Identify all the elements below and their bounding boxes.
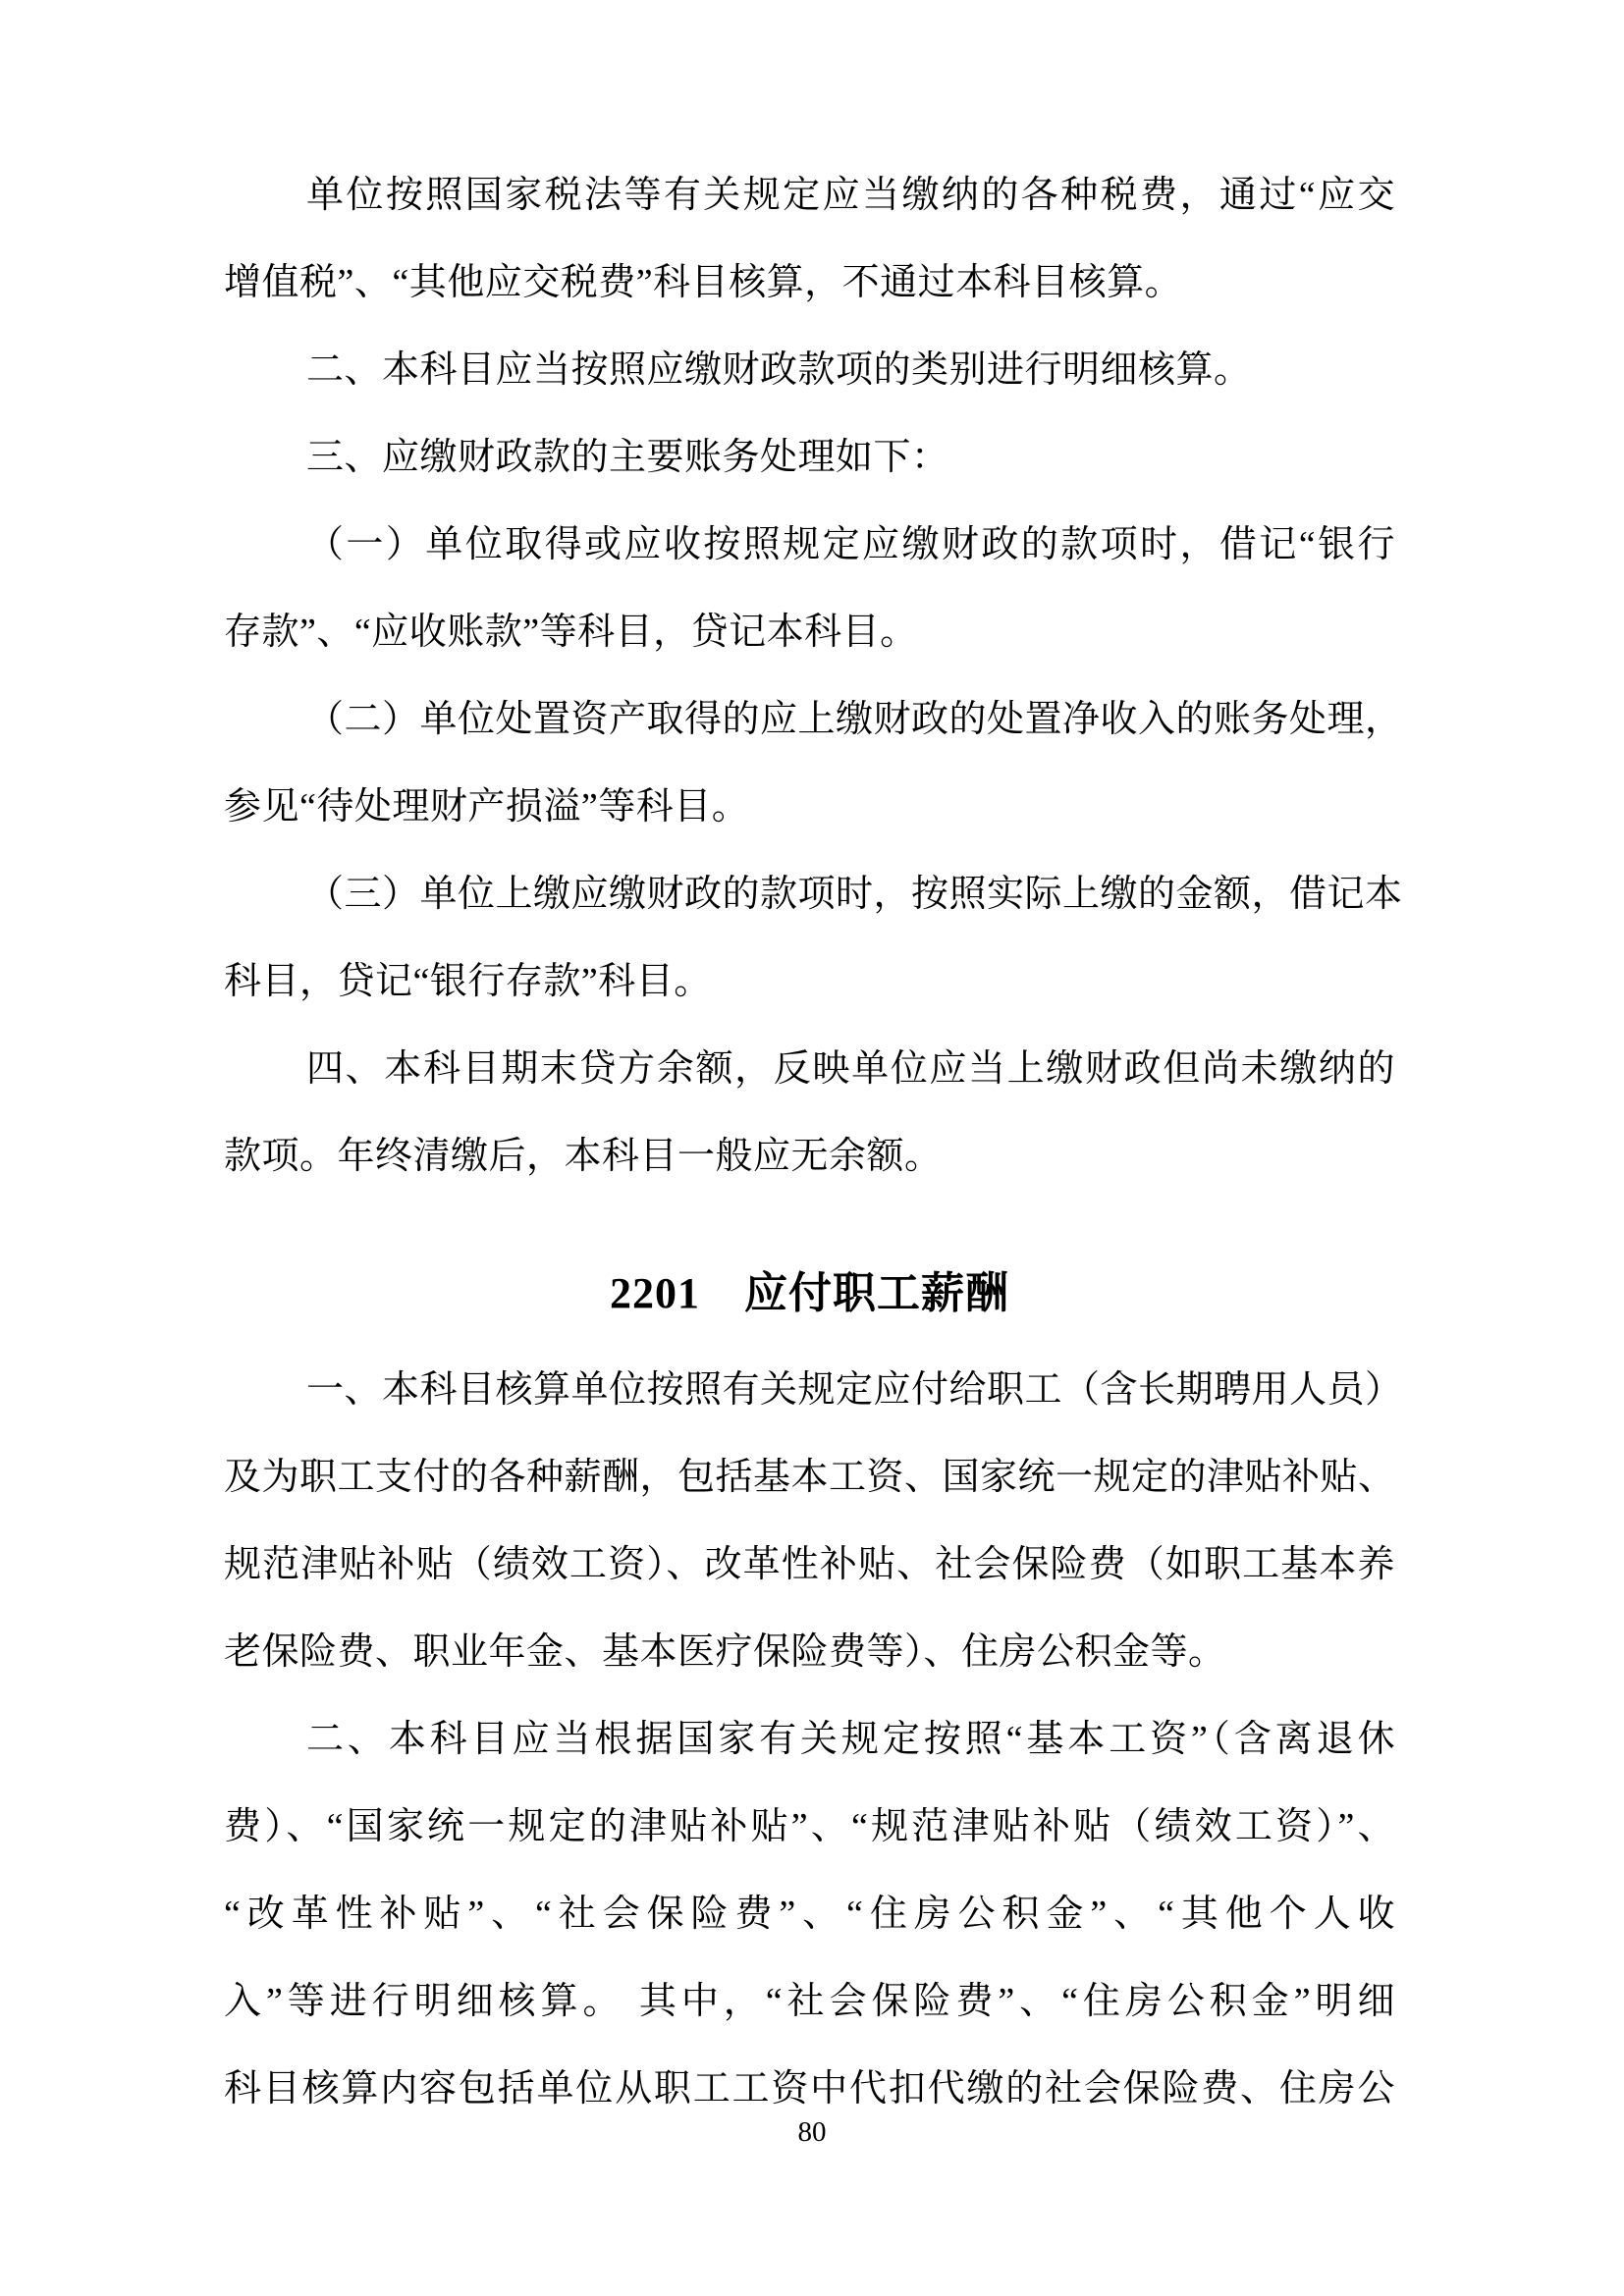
text-line: 一、本科目核算单位按照有关规定应付给职工（含长期聘用人员）: [224, 1347, 1395, 1434]
text-line: （三）单位上缴应缴财政的款项时，按照实际上缴的金额，借记本: [224, 851, 1395, 938]
text-line: 老保险费、职业年金、基本医疗保险费等）、住房公积金等。: [224, 1609, 1395, 1696]
document-page: 单位按照国家税法等有关规定应当缴纳的各种税费，通过“应交增值税”、“其他应交税费…: [0, 0, 1624, 2296]
text-line: 参见“待处理财产损溢”等科目。: [224, 764, 1395, 851]
section-heading: 2201 应付职工薪酬: [224, 1250, 1395, 1337]
text-line: （一）单位取得或应收按照规定应缴财政的款项时，借记“银行: [224, 502, 1395, 589]
text-line: 费）、“国家统一规定的津贴补贴”、“规范津贴补贴（绩效工资）”、: [224, 1784, 1395, 1871]
text-line: 规范津贴补贴（绩效工资）、改革性补贴、社会保险费（如职工基本养: [224, 1522, 1395, 1609]
text-line: 入”等进行明细核算。 其中，“社会保险费”、“住房公积金”明细: [224, 1958, 1395, 2046]
text-line: 三、应缴财政款的主要账务处理如下：: [224, 414, 1395, 502]
text-line: 单位按照国家税法等有关规定应当缴纳的各种税费，通过“应交: [224, 152, 1395, 240]
page-number: 80: [0, 2112, 1624, 2152]
document-content: 单位按照国家税法等有关规定应当缴纳的各种税费，通过“应交增值税”、“其他应交税费…: [224, 152, 1395, 2133]
text-line: 二、本科目应当按照应缴财政款项的类别进行明细核算。: [224, 327, 1395, 414]
text-line: 存款”、“应收账款”等科目，贷记本科目。: [224, 589, 1395, 676]
text-line: “改革性补贴”、“社会保险费”、“住房公积金”、“其他个人收: [224, 1871, 1395, 1958]
text-line: 及为职工支付的各种薪酬，包括基本工资、国家统一规定的津贴补贴、: [224, 1434, 1395, 1522]
text-line: 科目，贷记“银行存款”科目。: [224, 938, 1395, 1026]
text-line: 款项。年终清缴后，本科目一般应无余额。: [224, 1113, 1395, 1201]
text-line: 四、本科目期末贷方余额，反映单位应当上缴财政但尚未缴纳的: [224, 1026, 1395, 1113]
text-line: 增值税”、“其他应交税费”科目核算，不通过本科目核算。: [224, 240, 1395, 327]
text-line: （二）单位处置资产取得的应上缴财政的处置净收入的账务处理，: [224, 676, 1395, 764]
text-line: 二、本科目应当根据国家有关规定按照“基本工资”（含离退休: [224, 1696, 1395, 1784]
